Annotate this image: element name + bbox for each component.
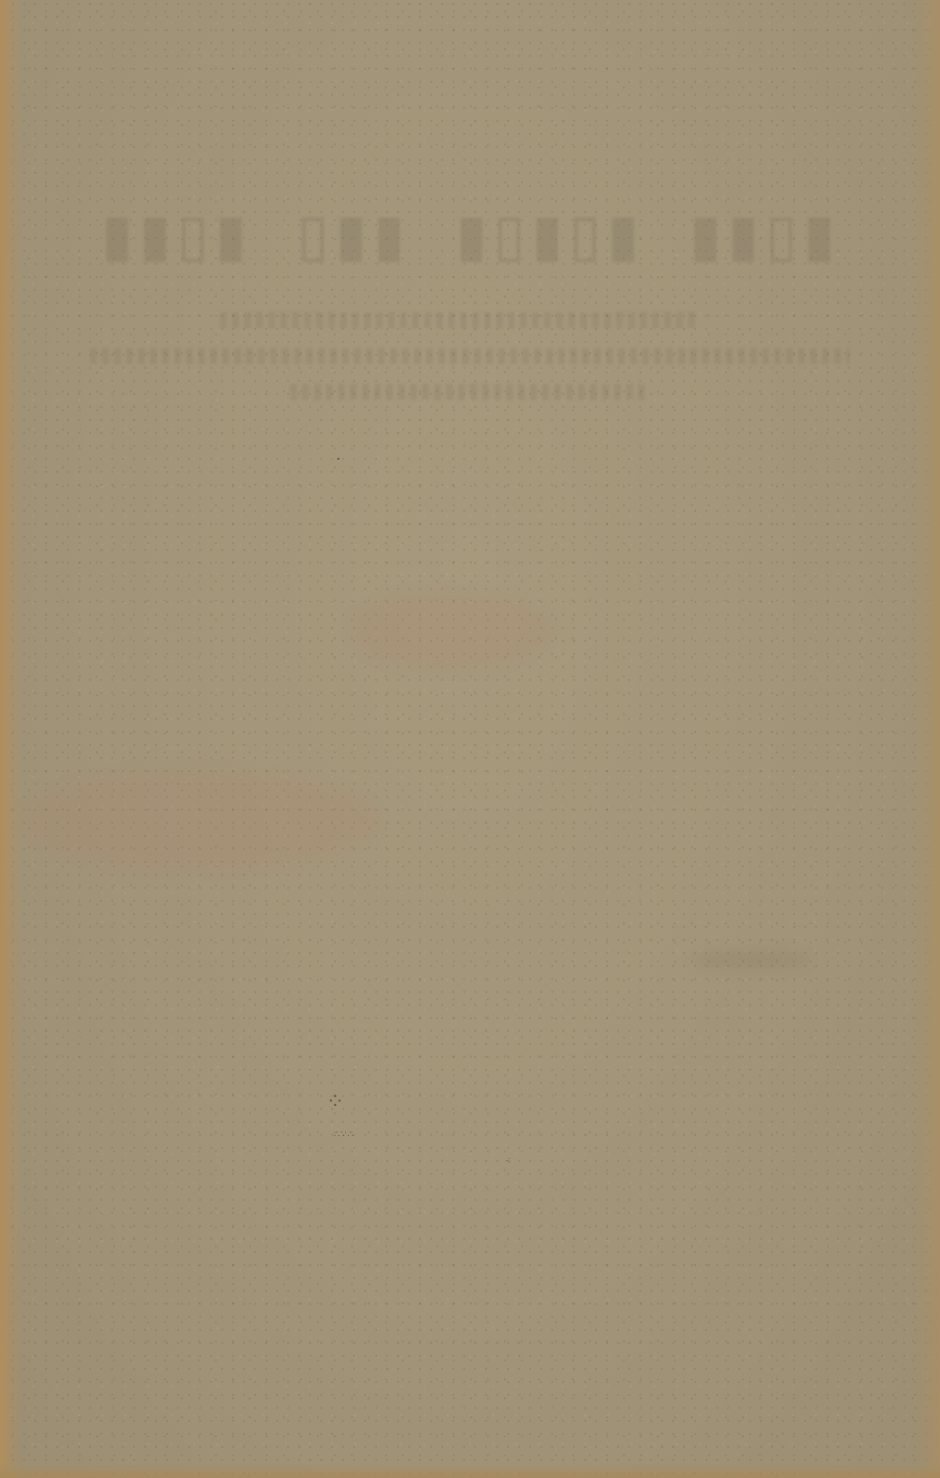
card-edge-bottom xyxy=(0,1464,940,1478)
bleed-through-line-2 xyxy=(90,348,850,364)
ink-speck: ⁘ xyxy=(326,1090,344,1115)
ink-speck: ∴∵∴ xyxy=(334,1130,354,1140)
ink-speck: ⁖ xyxy=(505,1156,511,1167)
card-edge-left xyxy=(0,0,22,1478)
ink-speck: • xyxy=(336,455,341,464)
bleed-through-line-3 xyxy=(290,384,650,400)
reddish-stain xyxy=(350,590,550,670)
card-back: ▮▯▮▮▮▯▮▯▮▮▮▯▮▯▮▮ ⁘ ∴∵∴ ⁖ • xyxy=(0,0,940,1478)
faint-mark xyxy=(690,950,810,970)
reddish-stain xyxy=(20,770,380,870)
card-edge-right xyxy=(914,0,940,1478)
bleed-through-line-1 xyxy=(220,312,700,328)
bleed-through-title: ▮▯▮▮▮▯▮▯▮▮▮▯▮▯▮▮ xyxy=(95,200,835,270)
